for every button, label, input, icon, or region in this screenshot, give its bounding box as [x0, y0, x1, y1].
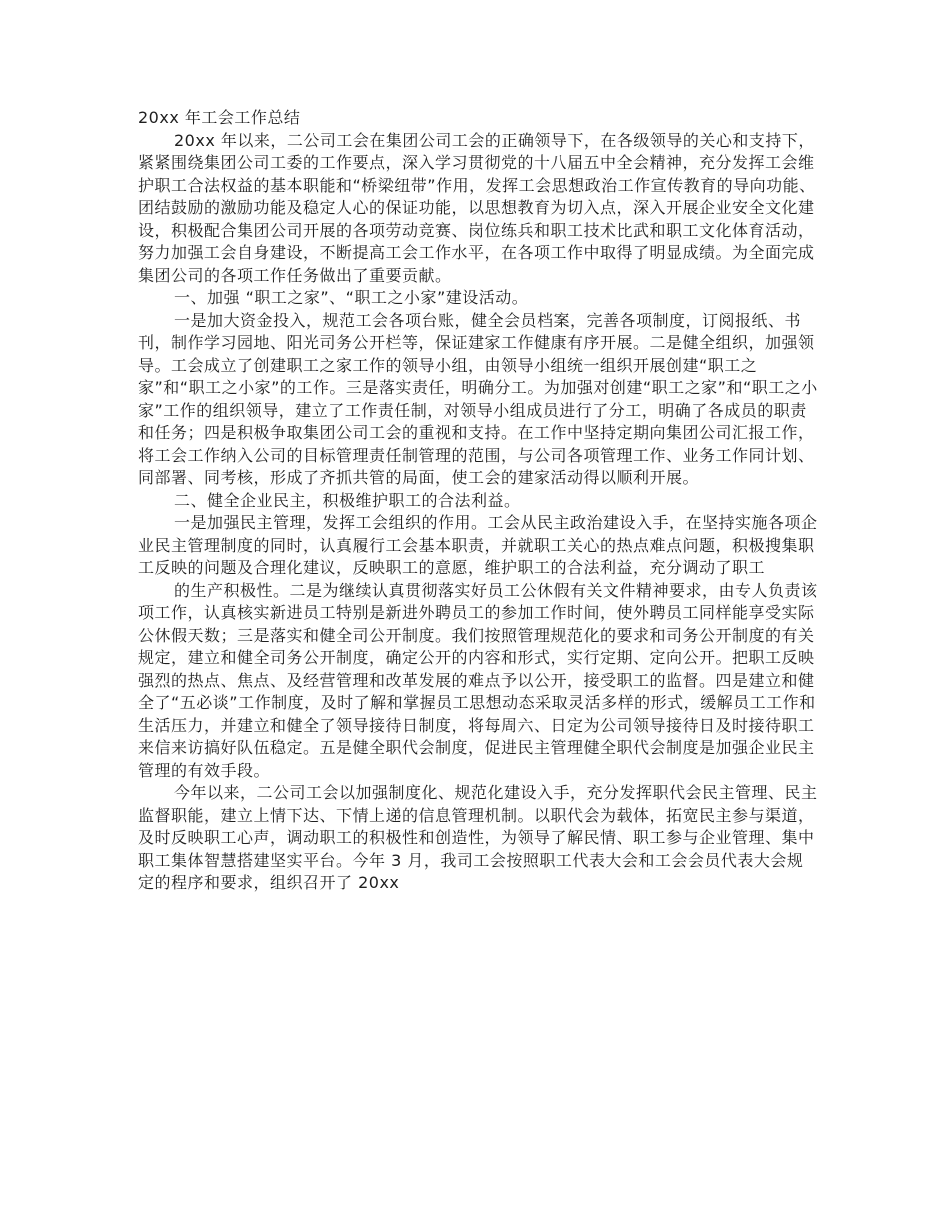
document-page: 20xx 年工会工作总结 20xx 年以来，二公司工会在集团公司工会的正确领导下…: [138, 107, 819, 895]
paragraph-closing: 今年以来，二公司工会以加强制度化、规范化建设入手，充分发挥职代会民主管理、民主监…: [138, 782, 819, 895]
section-heading-1: 一、加强 “职工之家”、“职工之小家”建设活动。: [138, 287, 819, 310]
paragraph-section-2-body-b: 的生产积极性。二是为继续认真贯彻落实好员工公休假有关文件精神要求，由专人负责该项…: [138, 580, 819, 783]
paragraph-section-1-body: 一是加大资金投入，规范工会各项台账，健全会员档案，完善各项制度，订阅报纸、书刊，…: [138, 310, 819, 490]
paragraph-intro: 20xx 年以来，二公司工会在集团公司工会的正确领导下，在各级领导的关心和支持下…: [138, 130, 819, 288]
paragraph-section-2-body-a: 一是加强民主管理，发挥工会组织的作用。工会从民主政治建设入手，在坚持实施各项企业…: [138, 512, 819, 580]
document-canvas: { "colors": { "page_background": "#fffff…: [0, 0, 950, 1230]
document-title: 20xx 年工会工作总结: [138, 107, 819, 130]
section-heading-2: 二、健全企业民主，积极维护职工的合法利益。: [138, 490, 819, 513]
